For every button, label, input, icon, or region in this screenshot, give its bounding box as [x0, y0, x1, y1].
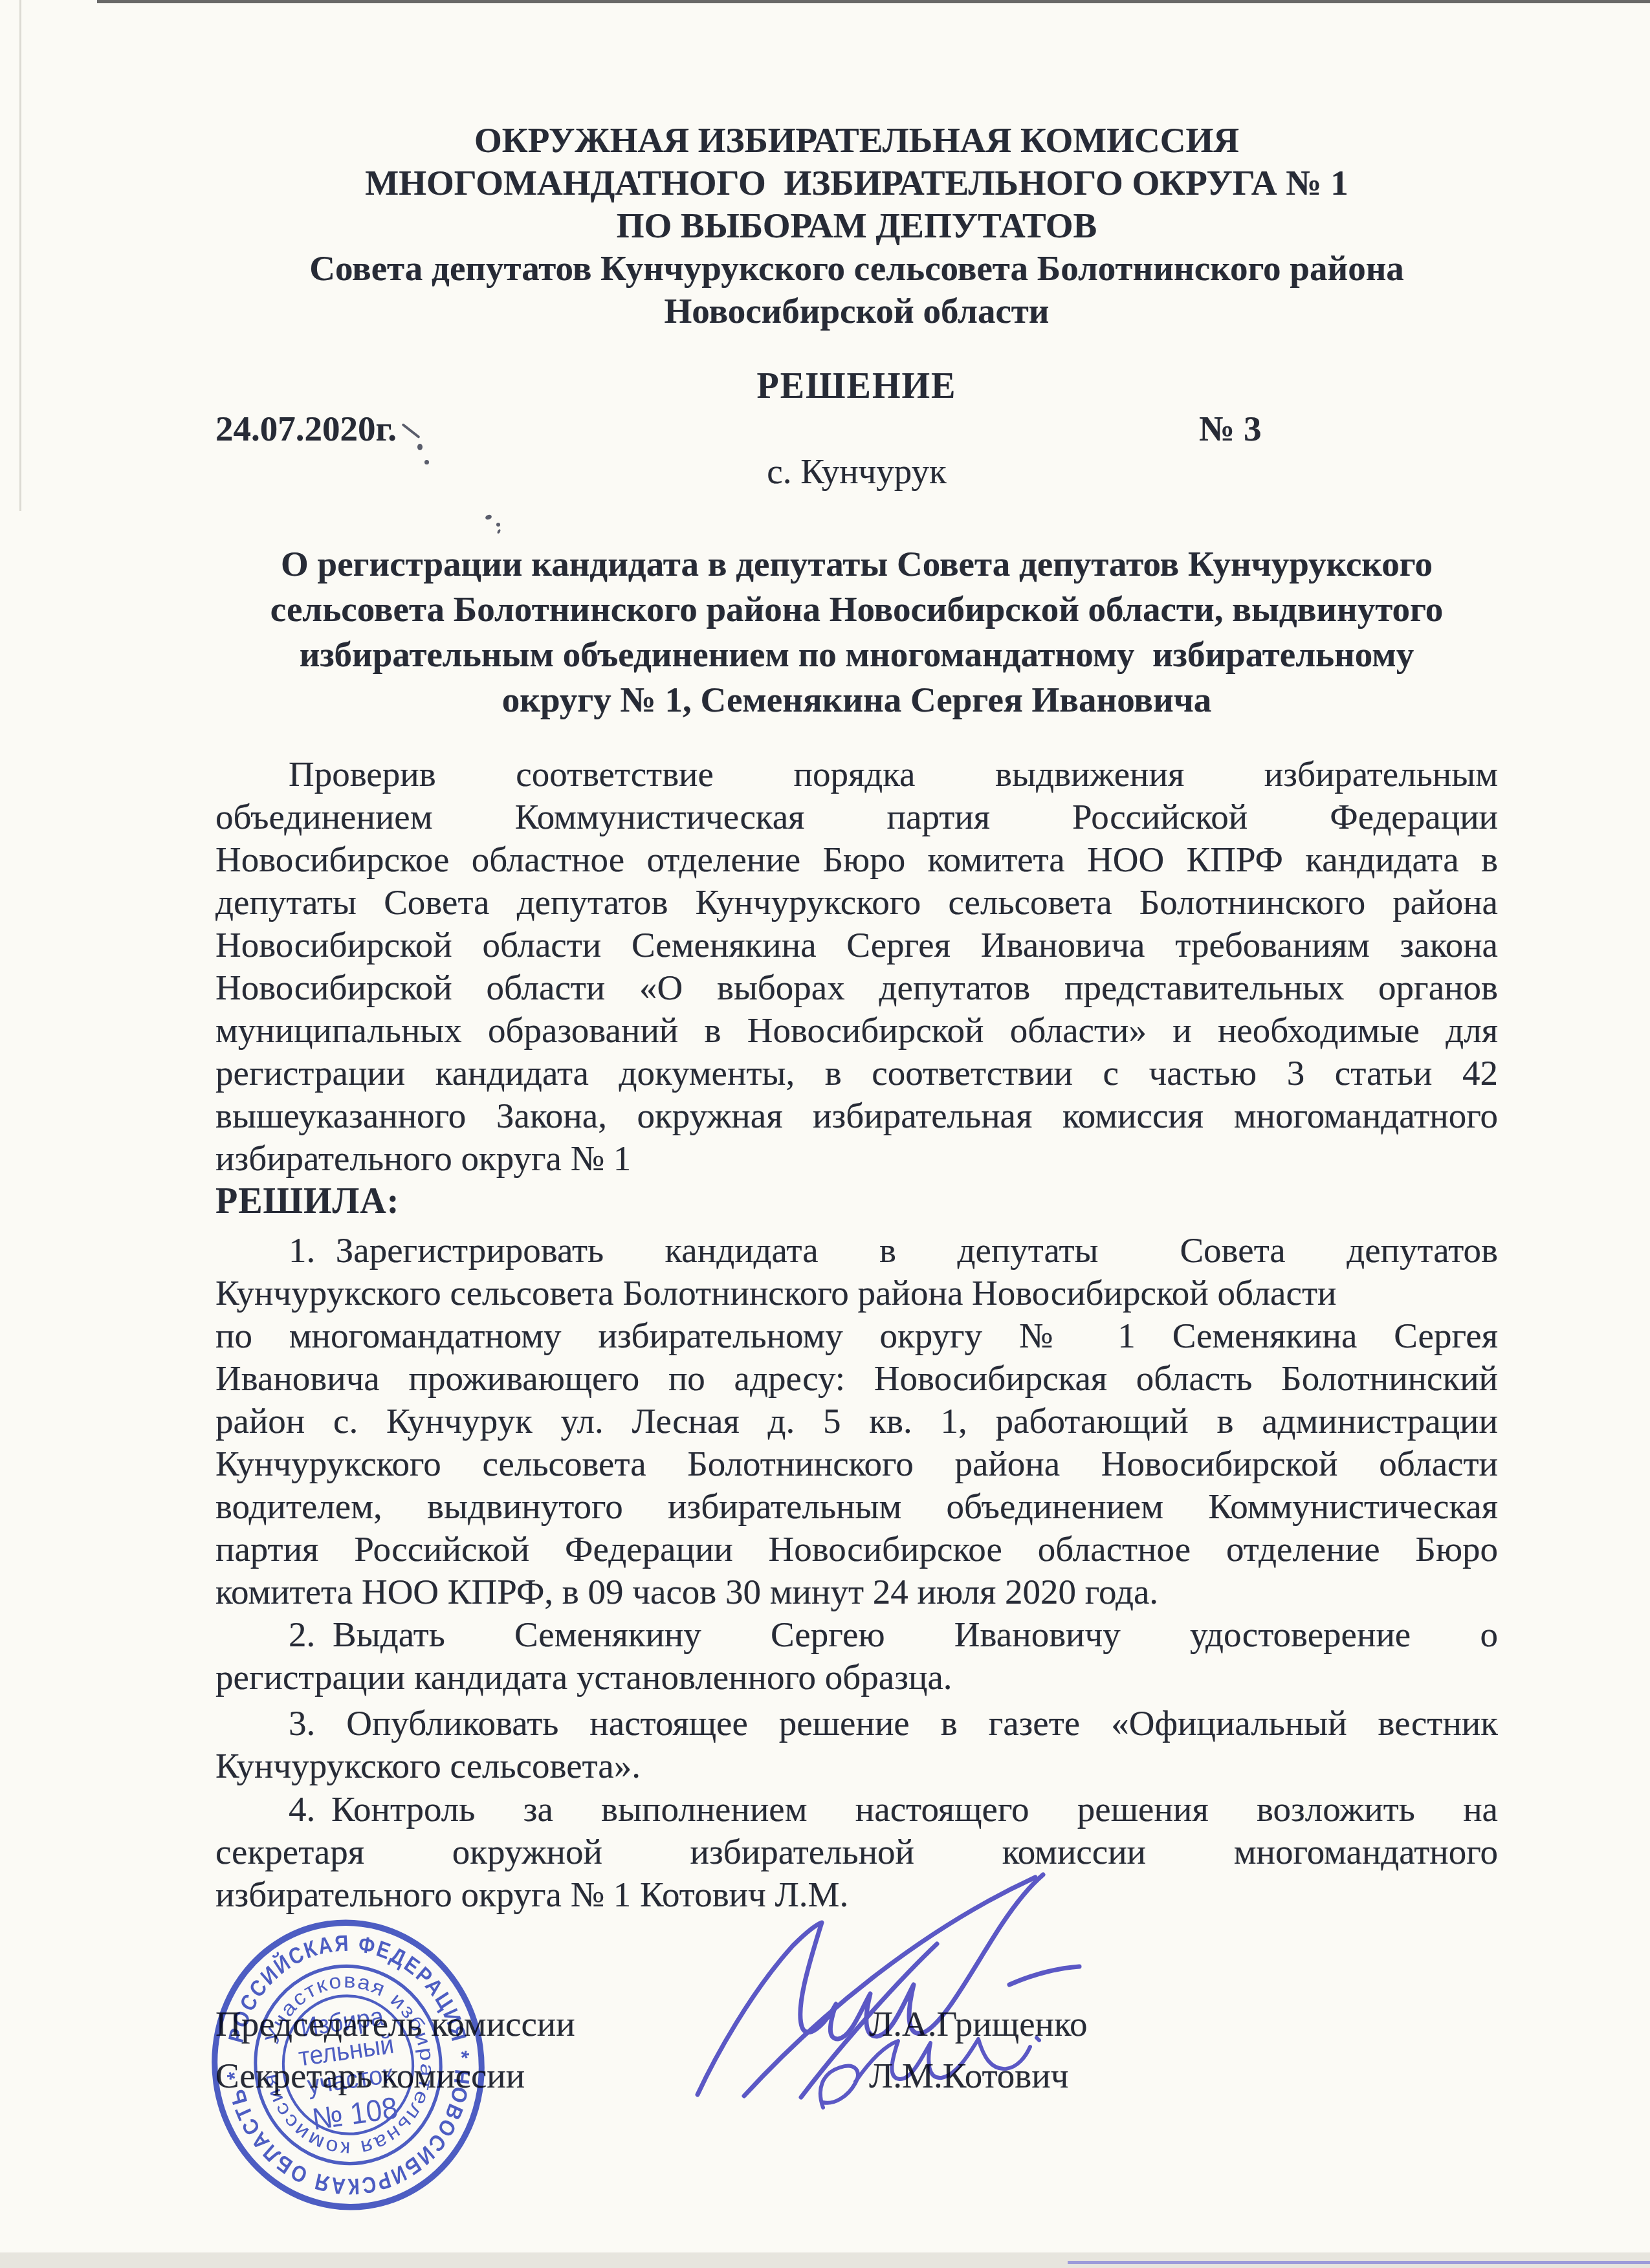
date-number-row: 24.07.2020г. № 3	[215, 408, 1498, 450]
resolution-item-2: 2. Выдать Семенякину Сергею Ивановичу уд…	[215, 1613, 1498, 1699]
text-line: Новосибирское областное отделение Бюро к…	[215, 838, 1498, 881]
text-line: 3. Опубликовать настоящее решение в газе…	[215, 1702, 1498, 1745]
text-line: Новосибирской области Семенякина Сергея …	[215, 924, 1498, 966]
resolved-label: РЕШИЛА:	[215, 1180, 1498, 1223]
text-line: партия Российской Федерации Новосибирско…	[215, 1528, 1498, 1571]
text-line: регистрации кандидата документы, в соотв…	[215, 1052, 1498, 1095]
text-line: район с. Кунчурук ул. Лесная д. 5 кв. 1,…	[215, 1400, 1498, 1443]
text-line: вышеуказанного Закона, окружная избирате…	[215, 1095, 1498, 1137]
text-line: избирательным объединением по многоманда…	[215, 632, 1498, 677]
text-line: Совета депутатов Кунчурукского сельсовет…	[215, 247, 1498, 290]
text-line: Кунчурукского сельсовета».	[215, 1745, 1498, 1787]
text-line: Новосибирской области «О выборах депутат…	[215, 966, 1498, 1009]
scan-bottom-line	[1068, 2261, 1650, 2264]
text-line: МНОГОМАНДАТНОГО ИЗБИРАТЕЛЬНОГО ОКРУГА № …	[215, 162, 1498, 204]
doc-number: № 3	[1199, 408, 1262, 450]
signature-name-secretary: Л.М.Котович	[869, 2050, 1068, 2102]
text-line: секретаря окружной избирательной комисси…	[215, 1831, 1498, 1873]
text-line: Кунчурукского сельсовета Болотнинского р…	[215, 1443, 1498, 1485]
place-line: с. Кунчурук	[215, 450, 1498, 493]
text-line: объединением Коммунистическая партия Рос…	[215, 796, 1498, 838]
scan-bottom-band	[0, 2252, 1650, 2268]
signature-row-secretary: Секретарь комиссии Л.М.Котович	[215, 2050, 1498, 2102]
signature-row-chairman: Председатель комиссии Л.А.Грищенко	[215, 1998, 1498, 2050]
text-line: избирательного округа № 1	[215, 1137, 1498, 1180]
text-line: ПО ВЫБОРАМ ДЕПУТАТОВ	[215, 204, 1498, 247]
text-line: сельсовета Болотнинского района Новосиби…	[215, 587, 1498, 632]
text-line: 4. Контроль за выполнением настоящего ре…	[215, 1788, 1498, 1831]
signature-title-chairman: Председатель комиссии	[215, 2004, 575, 2044]
document-content: ОКРУЖНАЯ ИЗБИРАТЕЛЬНАЯ КОМИССИЯМНОГОМАНД…	[215, 119, 1498, 2102]
text-line: Кунчурукского сельсовета Болотнинского р…	[215, 1272, 1498, 1314]
scan-left-edge	[19, 0, 21, 511]
text-line: Новосибирской области	[215, 290, 1498, 333]
text-line: избирательного округа № 1 Котович Л.М.	[215, 1873, 1498, 1916]
text-line: водителем, выдвинутого избирательным объ…	[215, 1485, 1498, 1528]
text-line: Проверив соответствие порядка выдвижения…	[215, 753, 1498, 796]
text-line: комитета НОО КПРФ, в 09 часов 30 минут 2…	[215, 1571, 1498, 1613]
text-line: 2. Выдать Семенякину Сергею Ивановичу уд…	[215, 1613, 1498, 1656]
signature-name-chairman: Л.А.Грищенко	[869, 1998, 1087, 2050]
text-line: депутаты Совета депутатов Кунчурукского …	[215, 881, 1498, 924]
preamble-paragraph: Проверив соответствие порядка выдвижения…	[215, 753, 1498, 1180]
doc-date: 24.07.2020г.	[215, 409, 397, 448]
text-line: регистрации кандидата установленного обр…	[215, 1656, 1498, 1699]
text-line: муниципальных образований в Новосибирско…	[215, 1009, 1498, 1052]
resolution-item-1: 1. Зарегистрировать кандидата в депутаты…	[215, 1229, 1498, 1613]
signature-title-secretary: Секретарь комиссии	[215, 2056, 525, 2095]
subject-heading: О регистрации кандидата в депутаты Совет…	[215, 541, 1498, 723]
resolution-item-4: 4. Контроль за выполнением настоящего ре…	[215, 1788, 1498, 1916]
resolution-item-3: 3. Опубликовать настоящее решение в газе…	[215, 1702, 1498, 1787]
text-line: О регистрации кандидата в депутаты Совет…	[215, 541, 1498, 587]
text-line: ОКРУЖНАЯ ИЗБИРАТЕЛЬНАЯ КОМИССИЯ	[215, 119, 1498, 162]
scanned-document-page: ОКРУЖНАЯ ИЗБИРАТЕЛЬНАЯ КОМИССИЯМНОГОМАНД…	[0, 0, 1650, 2268]
letterhead: ОКРУЖНАЯ ИЗБИРАТЕЛЬНАЯ КОМИССИЯМНОГОМАНД…	[215, 119, 1498, 333]
text-line: 1. Зарегистрировать кандидата в депутаты…	[215, 1229, 1498, 1272]
text-line: Ивановича проживающего по адресу: Новоси…	[215, 1357, 1498, 1400]
scan-top-edge	[97, 0, 1650, 3]
text-line: округу № 1, Семенякина Сергея Ивановича	[215, 677, 1498, 723]
text-line: по многомандатному избирательному округу…	[215, 1314, 1498, 1357]
decision-title: РЕШЕНИЕ	[215, 365, 1498, 408]
